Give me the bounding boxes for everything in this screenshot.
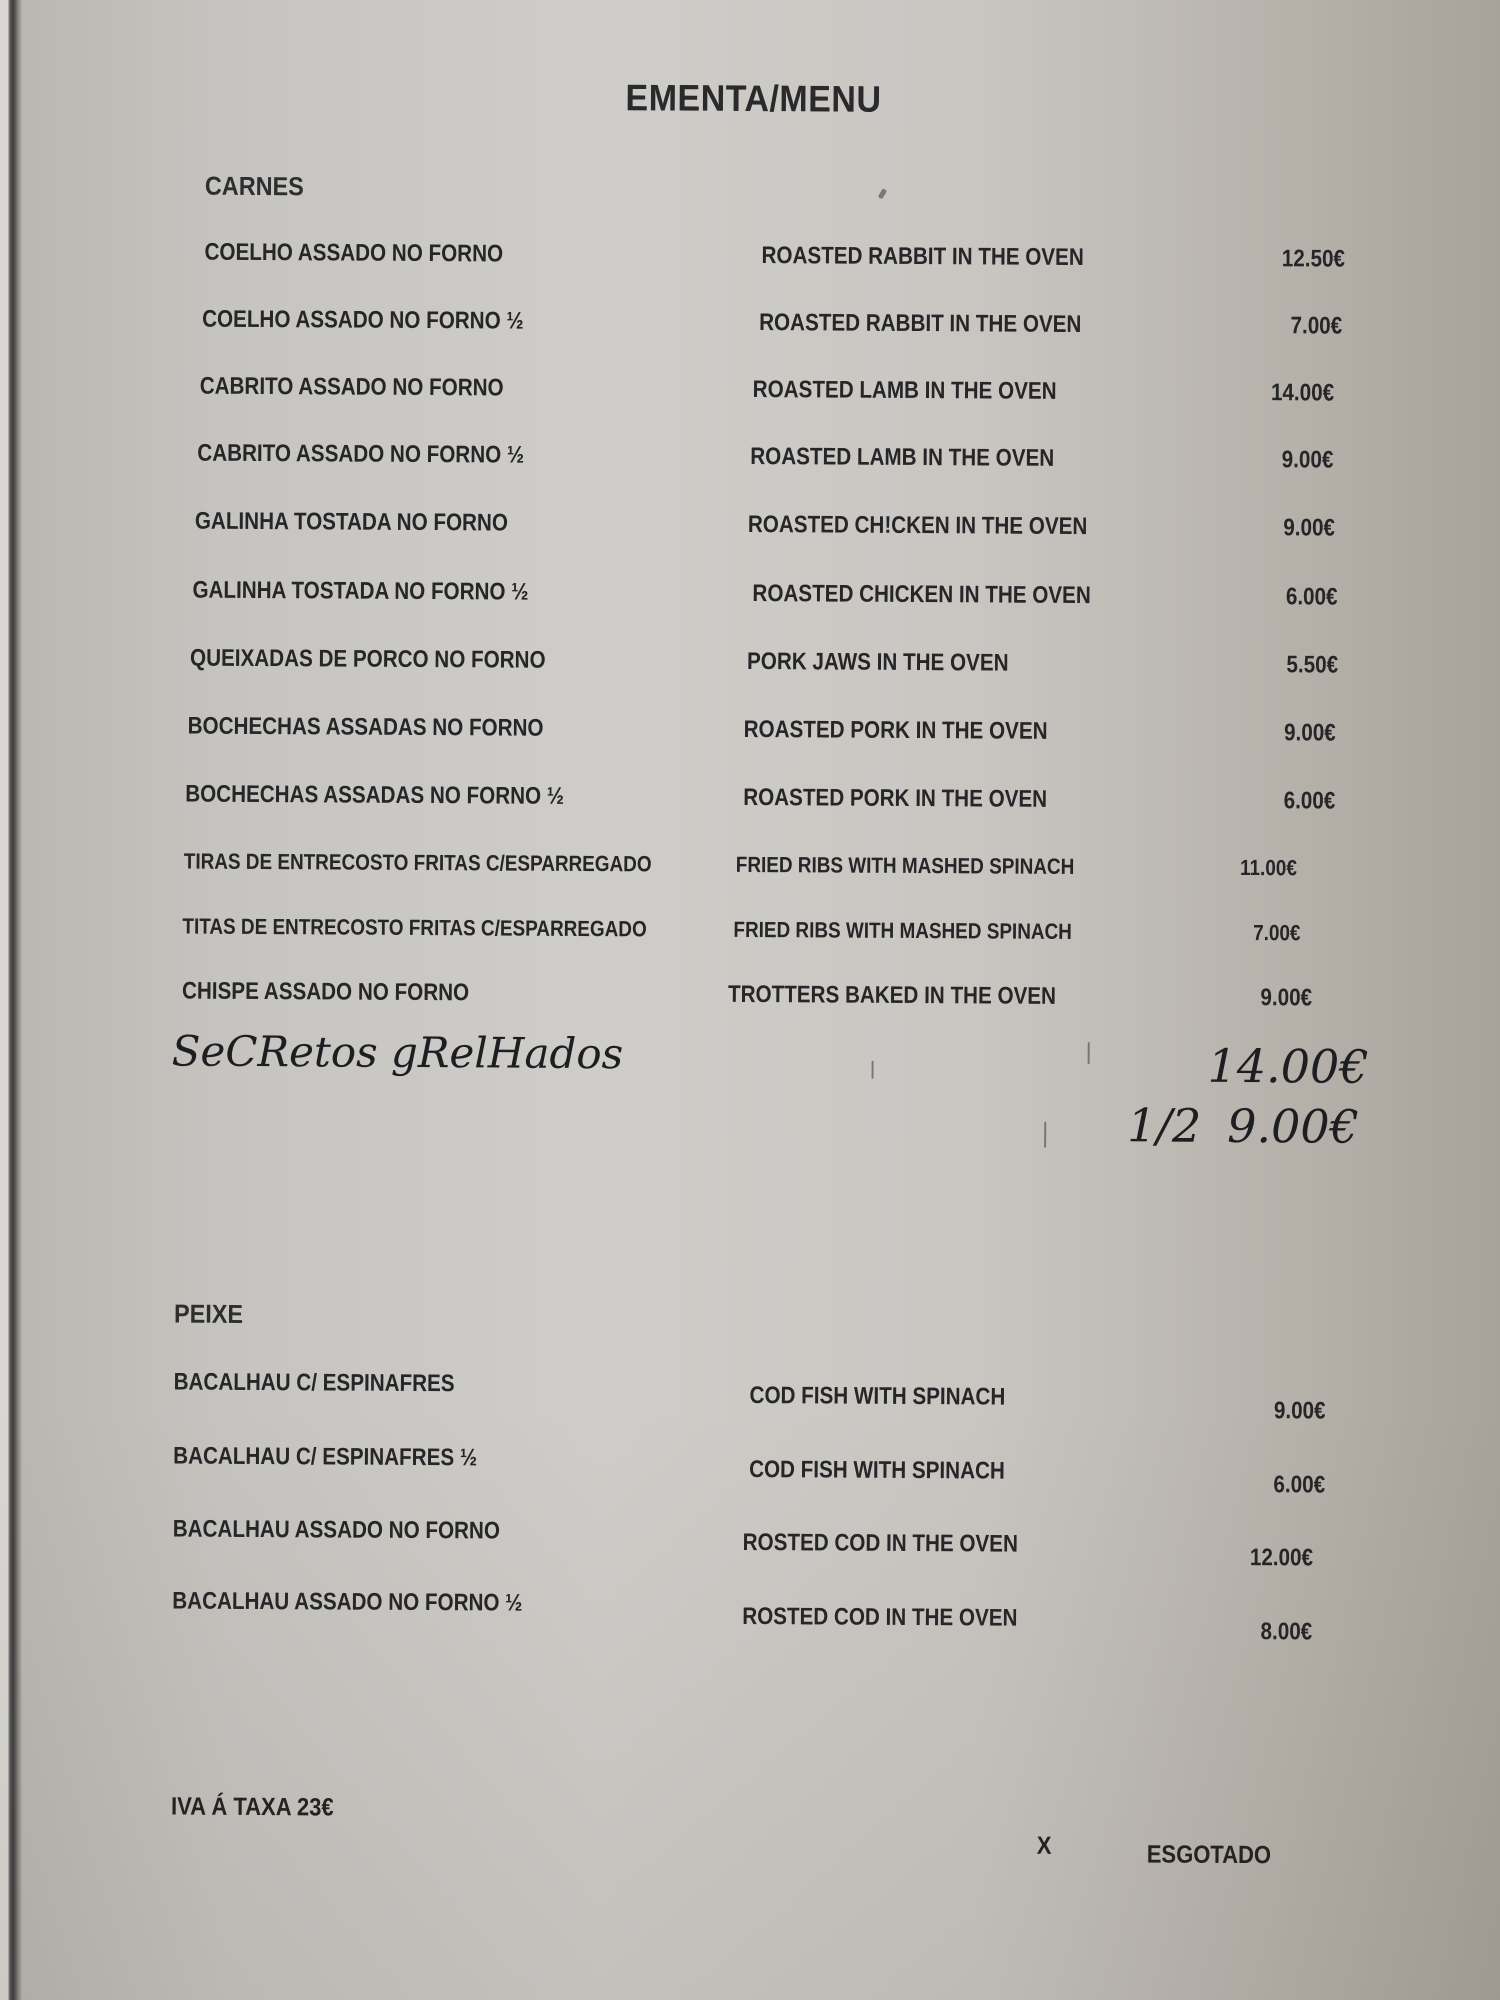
menu-item: BACALHAU ASSADO NO FORNO ½ ROSTED COD IN… bbox=[0, 1586, 1496, 1635]
item-name-en: FRIED RIBS WITH MASHED SPINACH bbox=[733, 917, 1072, 945]
item-price: 14.00€ bbox=[1271, 379, 1334, 407]
menu-item: BOCHECHAS ASSADAS NO FORNO ROASTED PORK … bbox=[2, 711, 1500, 760]
item-name-en: FRIED RIBS WITH MASHED SPINACH bbox=[736, 852, 1075, 880]
item-name-en: ROSTED COD IN THE OVEN bbox=[743, 1529, 1018, 1559]
item-price: 9.00€ bbox=[1282, 446, 1334, 474]
menu-item: CHISPE ASSADO NO FORNO TROTTERS BAKED IN… bbox=[0, 976, 1500, 1025]
item-price: 12.50€ bbox=[1281, 245, 1344, 273]
handwritten-half-price: 9.00€ bbox=[1227, 1099, 1359, 1154]
menu-item: TIRAS DE ENTRECOSTO FRITAS C/ESPARREGADO… bbox=[1, 847, 1500, 896]
sold-out-symbol: X bbox=[1037, 1832, 1052, 1861]
handwritten-half-label: 1/2 bbox=[1127, 1098, 1201, 1152]
item-name-pt: COELHO ASSADO NO FORNO ½ bbox=[202, 306, 524, 336]
item-name-en: ROASTED RABBIT IN THE OVEN bbox=[759, 309, 1081, 339]
item-price: 9.00€ bbox=[1283, 514, 1335, 542]
pen-mark bbox=[1088, 1042, 1090, 1064]
item-price: 9.00€ bbox=[1284, 719, 1336, 747]
item-name-pt: CABRITO ASSADO NO FORNO ½ bbox=[197, 440, 524, 470]
item-price: 11.00€ bbox=[1240, 855, 1297, 881]
pen-mark bbox=[1044, 1122, 1046, 1148]
item-price: 12.00€ bbox=[1249, 1544, 1312, 1572]
menu-item: QUEIXADAS DE PORCO NO FORNO PORK JAWS IN… bbox=[2, 643, 1500, 692]
menu-item: CABRITO ASSADO NO FORNO ½ ROASTED LAMB I… bbox=[3, 438, 1500, 487]
menu-item: GALINHA TOSTADA NO FORNO ROASTED CH!CKEN… bbox=[3, 506, 1500, 555]
menu-page: EMENTA/MENU CARNES COELHO ASSADO NO FORN… bbox=[0, 0, 1500, 2000]
item-name-en: ROASTED CHICKEN IN THE OVEN bbox=[752, 580, 1090, 610]
item-name-pt: TIRAS DE ENTRECOSTO FRITAS C/ESPARREGADO bbox=[184, 849, 652, 878]
item-price: 9.00€ bbox=[1274, 1397, 1326, 1425]
item-price: 8.00€ bbox=[1260, 1618, 1312, 1646]
item-price: 6.00€ bbox=[1283, 787, 1335, 815]
menu-item: COELHO ASSADO NO FORNO ½ ROASTED RABBIT … bbox=[4, 304, 1500, 353]
item-price: 9.00€ bbox=[1260, 984, 1312, 1012]
item-price: 6.00€ bbox=[1286, 583, 1338, 611]
item-name-pt: BACALHAU C/ ESPINAFRES bbox=[174, 1368, 455, 1398]
item-name-en: TROTTERS BAKED IN THE OVEN bbox=[728, 981, 1056, 1011]
menu-item: TITAS DE ENTRECOSTO FRITAS C/ESPARREGADO… bbox=[0, 912, 1500, 961]
handwritten-item-price: 14.00€ bbox=[1207, 1039, 1368, 1094]
menu-item: BOCHECHAS ASSADAS NO FORNO ½ ROASTED POR… bbox=[1, 779, 1500, 828]
item-name-pt: BACALHAU C/ ESPINAFRES ½ bbox=[173, 1442, 477, 1472]
pen-mark bbox=[878, 188, 887, 199]
vat-note: IVA Á TAXA 23€ bbox=[171, 1792, 334, 1822]
menu-item: BACALHAU ASSADO NO FORNO ROSTED COD IN T… bbox=[0, 1514, 1497, 1563]
item-name-pt: BACALHAU ASSADO NO FORNO bbox=[173, 1515, 500, 1545]
item-name-pt: BOCHECHAS ASSADAS NO FORNO bbox=[188, 713, 544, 743]
sold-out-label: ESGOTADO bbox=[1147, 1840, 1271, 1870]
item-price: 7.00€ bbox=[1290, 312, 1342, 340]
item-name-pt: GALINHA TOSTADA NO FORNO bbox=[195, 508, 508, 538]
item-name-en: ROASTED LAMB IN THE OVEN bbox=[753, 376, 1057, 406]
menu-item: GALINHA TOSTADA NO FORNO ½ ROASTED CHICK… bbox=[2, 575, 1500, 624]
item-name-en: ROASTED CH!CKEN IN THE OVEN bbox=[748, 511, 1088, 541]
item-name-pt: QUEIXADAS DE PORCO NO FORNO bbox=[190, 645, 546, 675]
item-name-pt: TITAS DE ENTRECOSTO FRITAS C/ESPARREGADO bbox=[182, 914, 646, 943]
handwritten-item-name: SeCRetos gRelHados bbox=[172, 1026, 624, 1078]
pen-mark bbox=[872, 1061, 874, 1079]
section-heading-meat: CARNES bbox=[205, 171, 304, 203]
menu-item: BACALHAU C/ ESPINAFRES COD FISH WITH SPI… bbox=[0, 1367, 1498, 1416]
item-name-en: ROASTED PORK IN THE OVEN bbox=[743, 784, 1047, 814]
item-name-en: PORK JAWS IN THE OVEN bbox=[747, 648, 1009, 678]
item-price: 7.00€ bbox=[1253, 920, 1301, 946]
item-name-en: ROSTED COD IN THE OVEN bbox=[742, 1603, 1017, 1633]
item-name-pt: CABRITO ASSADO NO FORNO bbox=[200, 373, 504, 403]
item-name-en: ROASTED LAMB IN THE OVEN bbox=[750, 443, 1054, 473]
menu-item: COELHO ASSADO NO FORNO ROASTED RABBIT IN… bbox=[4, 237, 1500, 286]
menu-item: BACALHAU C/ ESPINAFRES ½ COD FISH WITH S… bbox=[0, 1441, 1497, 1490]
item-name-pt: GALINHA TOSTADA NO FORNO ½ bbox=[192, 577, 528, 607]
item-name-pt: COELHO ASSADO NO FORNO bbox=[204, 239, 503, 269]
item-name-en: ROASTED PORK IN THE OVEN bbox=[744, 716, 1048, 746]
section-heading-fish: PEIXE bbox=[174, 1298, 243, 1329]
menu-title: EMENTA/MENU bbox=[625, 77, 881, 121]
item-name-en: COD FISH WITH SPINACH bbox=[749, 1382, 1005, 1412]
item-price: 5.50€ bbox=[1286, 651, 1338, 679]
item-name-en: ROASTED RABBIT IN THE OVEN bbox=[761, 242, 1083, 272]
item-name-pt: CHISPE ASSADO NO FORNO bbox=[182, 978, 469, 1008]
item-price: 6.00€ bbox=[1273, 1471, 1325, 1499]
item-name-pt: BOCHECHAS ASSADAS NO FORNO ½ bbox=[185, 781, 564, 811]
item-name-pt: BACALHAU ASSADO NO FORNO ½ bbox=[172, 1587, 522, 1617]
item-name-en: COD FISH WITH SPINACH bbox=[749, 1456, 1005, 1486]
menu-item: CABRITO ASSADO NO FORNO ROASTED LAMB IN … bbox=[4, 371, 1500, 420]
